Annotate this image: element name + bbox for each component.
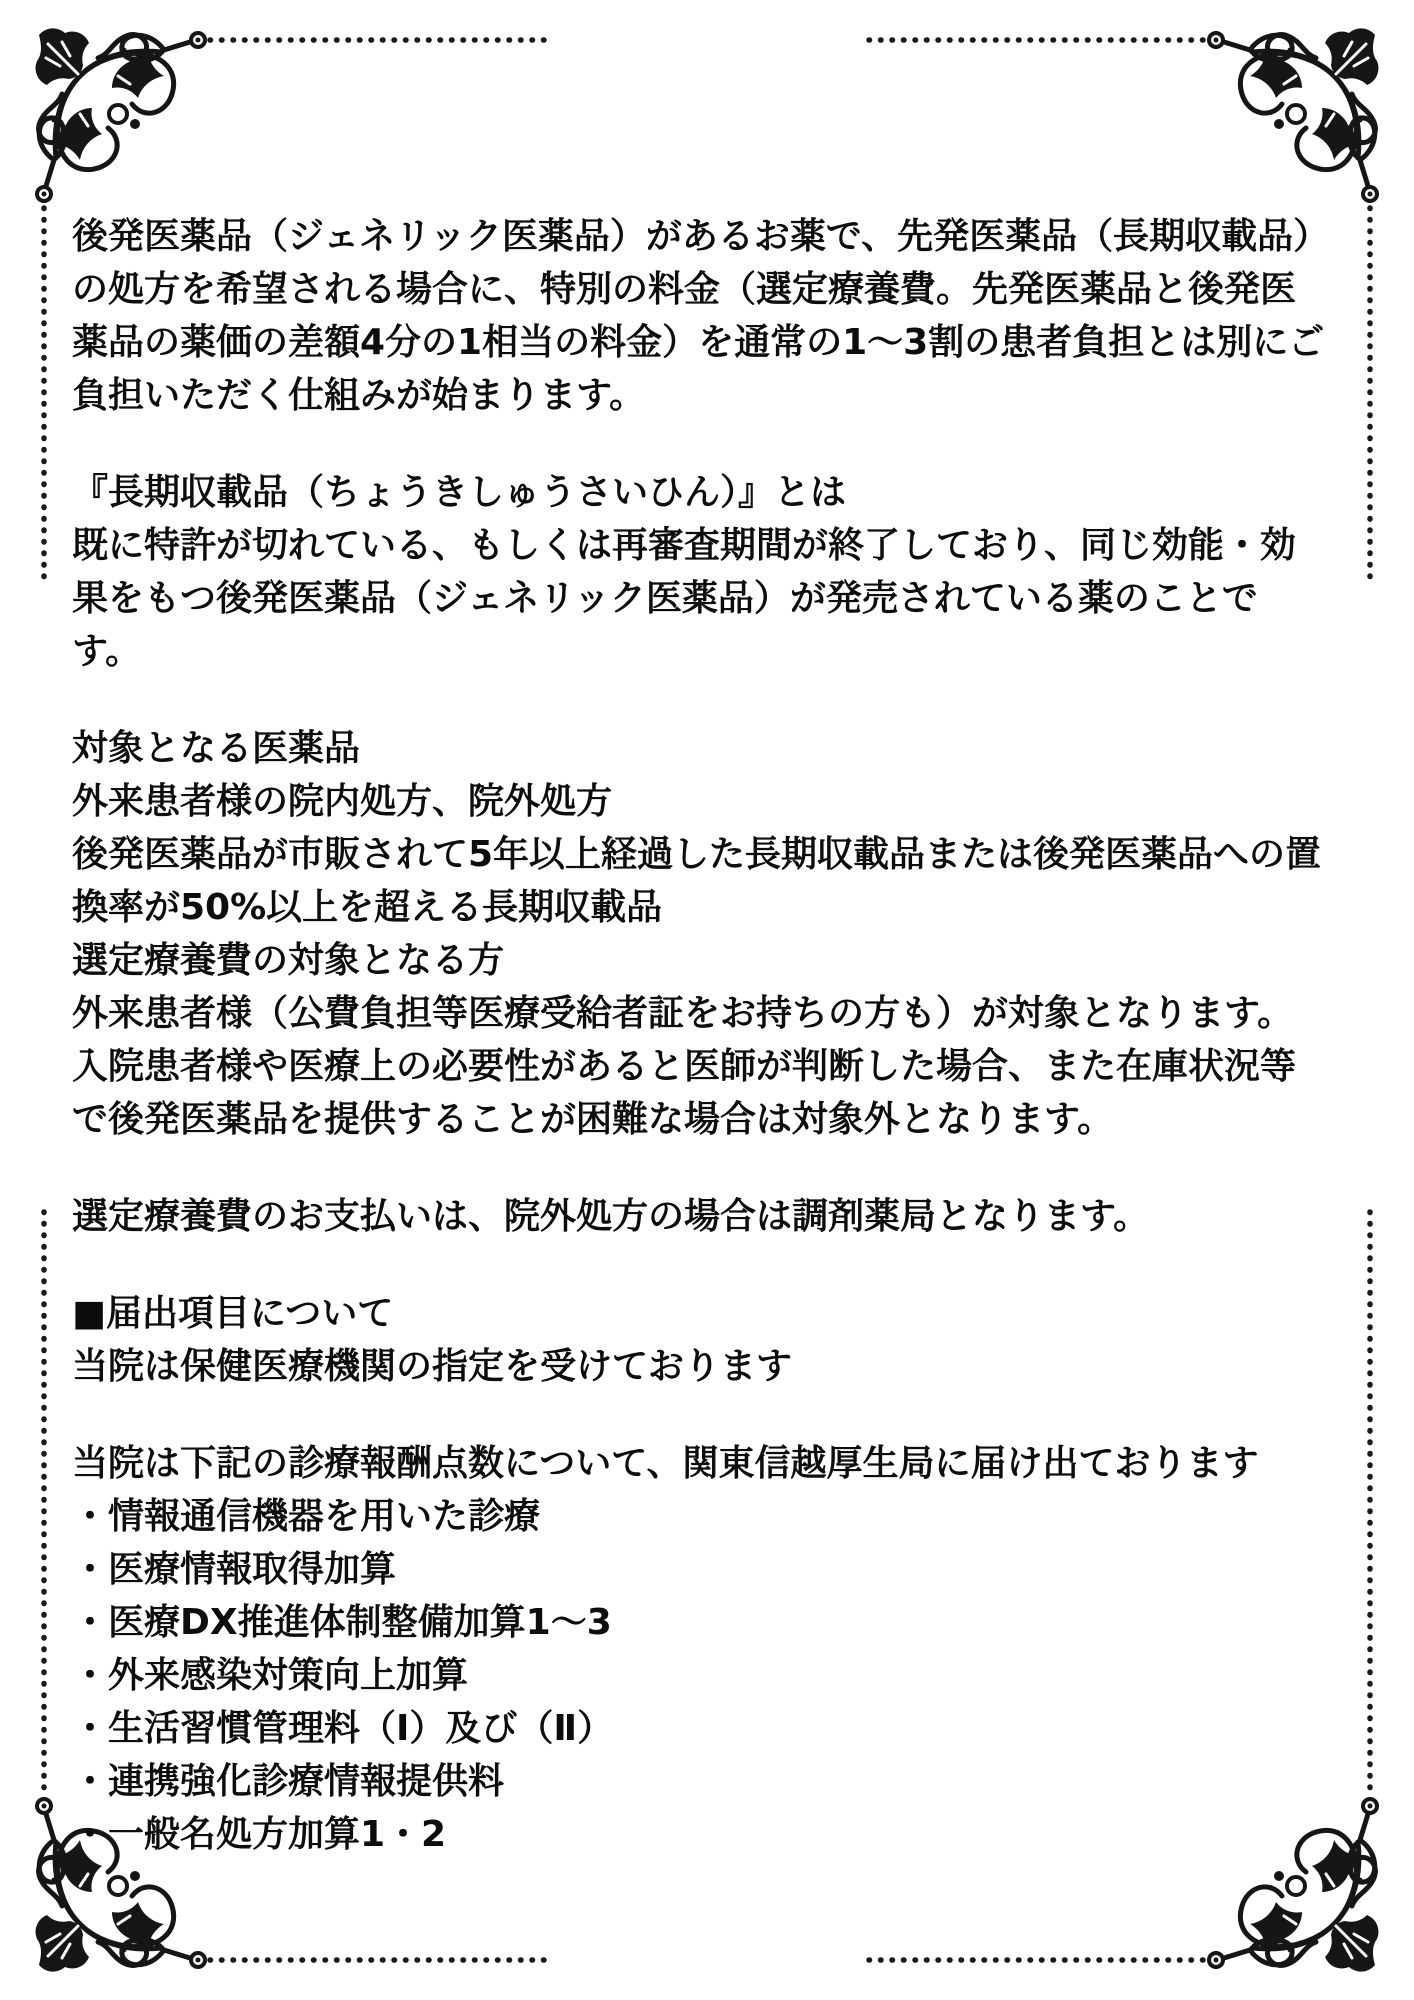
- section-filed-items: 当院は下記の診療報酬点数について、関東信越厚生局に届け出ております ・情報通信機…: [72, 1437, 1344, 1861]
- intro-paragraph: 後発医薬品（ジェネリック医薬品）があるお薬で、先発医薬品（長期収載品） の処方を…: [72, 210, 1344, 422]
- definition-body: 既に特許が切れている、もしくは再審査期間が終了しており、同じ効能・効 果をもつ後…: [72, 519, 1344, 678]
- section-payment-note: 選定療養費のお支払いは、院外処方の場合は調剤薬局となります。: [72, 1190, 1344, 1243]
- eligibility-body: 対象となる医薬品 外来患者様の院内処方、院外処方 後発医薬品が市販されて5年以上…: [72, 722, 1344, 1146]
- section-generic-drug-intro: 後発医薬品（ジェネリック医薬品）があるお薬で、先発医薬品（長期収載品） の処方を…: [72, 210, 1344, 422]
- notification-heading: ■届出項目について: [72, 1287, 1344, 1340]
- notice-document: 後発医薬品（ジェネリック医薬品）があるお薬で、先発医薬品（長期収載品） の処方を…: [72, 210, 1344, 1861]
- payment-note: 選定療養費のお支払いは、院外処方の場合は調剤薬局となります。: [72, 1190, 1344, 1243]
- definition-heading: 『長期収載品（ちょうきしゅうさいひん）』とは: [72, 466, 1344, 519]
- filed-items-intro: 当院は下記の診療報酬点数について、関東信越厚生局に届け出ております: [72, 1437, 1344, 1490]
- section-longterm-definition: 『長期収載品（ちょうきしゅうさいひん）』とは 既に特許が切れている、もしくは再審…: [72, 466, 1344, 678]
- notification-body: 当院は保健医療機関の指定を受けております: [72, 1340, 1344, 1393]
- corner-ornament-top-right-icon: [1209, 28, 1379, 201]
- filed-items-list: ・情報通信機器を用いた診療 ・医療情報取得加算 ・医療DX推進体制整備加算1～3…: [72, 1490, 1344, 1861]
- notice-page: 後発医薬品（ジェネリック医薬品）があるお薬で、先発医薬品（長期収載品） の処方を…: [0, 0, 1414, 2000]
- section-eligibility: 対象となる医薬品 外来患者様の院内処方、院外処方 後発医薬品が市販されて5年以上…: [72, 722, 1344, 1146]
- section-notification: ■届出項目について 当院は保健医療機関の指定を受けております: [72, 1287, 1344, 1393]
- corner-ornament-top-left-icon: [35, 28, 205, 201]
